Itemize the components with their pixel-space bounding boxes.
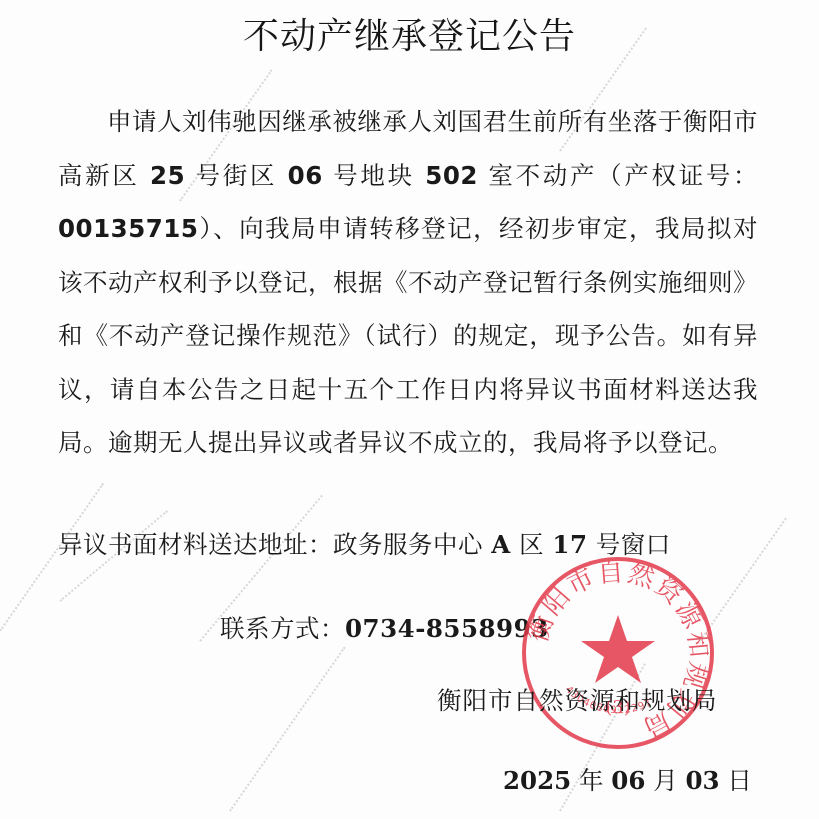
date-year: 2025 bbox=[503, 766, 571, 795]
date-year-unit: 年 bbox=[579, 766, 604, 795]
watermark bbox=[229, 647, 345, 812]
date-day-unit: 日 bbox=[727, 766, 752, 795]
body-text-part: 号街区 bbox=[196, 161, 278, 190]
body-text-part: 室不动产（产权证号： bbox=[488, 161, 758, 190]
block-number: 06 bbox=[288, 161, 323, 190]
contact-info: 联系方式：0734-8558993 bbox=[220, 610, 549, 645]
body-text-part: ）、向我局申请转移登记，经初步审定，我局拟对该不动产权利予以登记，根据《不动产登… bbox=[58, 214, 758, 457]
address-prefix: 政务服务中心 bbox=[333, 530, 483, 559]
room-number: 502 bbox=[425, 161, 478, 190]
certificate-number: 00135715 bbox=[58, 214, 198, 243]
issuing-authority: 衡阳市自然资源和规划局 bbox=[437, 682, 718, 717]
official-seal-icon: 衡阳市自然资源和规划局 (3) 4304080912297 bbox=[518, 553, 718, 753]
address-zone: A bbox=[491, 530, 511, 559]
notice-page: 不动产继承登记公告 申请人刘伟驰因继承被继承人刘国君生前所有坐落于衡阳市高新区 … bbox=[0, 0, 819, 819]
street-number: 25 bbox=[150, 161, 185, 190]
body-text-part: 号地块 bbox=[333, 161, 415, 190]
date-month-unit: 月 bbox=[653, 766, 678, 795]
date-day: 03 bbox=[686, 766, 720, 795]
contact-label: 联系方式： bbox=[220, 614, 345, 643]
notice-body: 申请人刘伟驰因继承被继承人刘国君生前所有坐落于衡阳市高新区 25 号街区 06 … bbox=[58, 95, 758, 470]
page-title: 不动产继承登记公告 bbox=[0, 8, 819, 59]
date-month: 06 bbox=[611, 766, 645, 795]
notice-date: 2025 年 06 月 03 日 bbox=[503, 762, 752, 797]
address-label: 异议书面材料送达地址： bbox=[58, 530, 333, 559]
